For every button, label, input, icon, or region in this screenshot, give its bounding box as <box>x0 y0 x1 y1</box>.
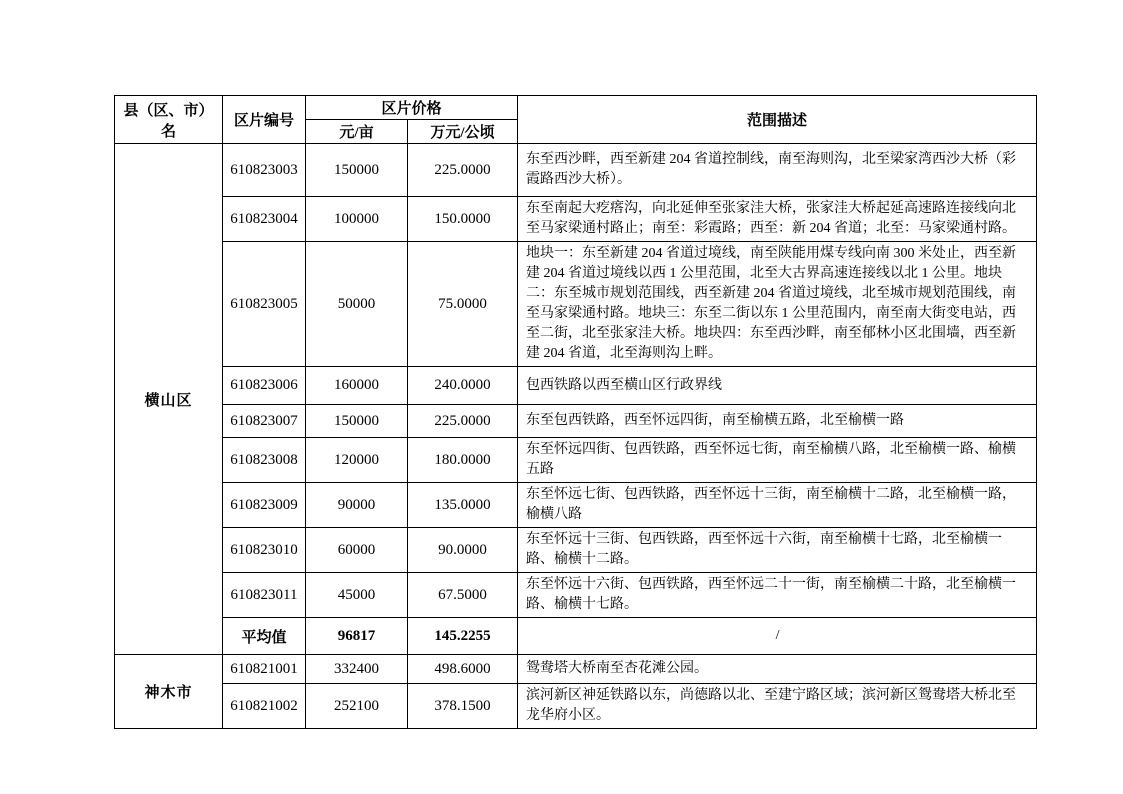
land-price-table: 县（区、市）名 区片编号 区片价格 范围描述 元/亩 万元/公顷 横山区 610… <box>114 95 1037 729</box>
price-ha-cell: 67.5000 <box>408 573 518 618</box>
zone-code-cell: 610823009 <box>223 483 306 528</box>
zone-code-cell: 610823011 <box>223 573 306 618</box>
price-ha-cell: 75.0000 <box>408 242 518 367</box>
price-mu-cell: 120000 <box>306 438 408 483</box>
average-label-cell: 平均值 <box>223 618 306 655</box>
zone-code-cell: 610821002 <box>223 684 306 729</box>
price-ha-cell: 135.0000 <box>408 483 518 528</box>
table-row: 610821002 252100 378.1500 滨河新区神延铁路以东，尚德路… <box>115 684 1037 729</box>
price-ha-cell: 225.0000 <box>408 405 518 438</box>
header-yuan-per-mu: 元/亩 <box>306 120 408 144</box>
zone-code-cell: 610823005 <box>223 242 306 367</box>
header-range-desc: 范围描述 <box>518 96 1037 144</box>
header-county: 县（区、市）名 <box>115 96 223 144</box>
zone-code-cell: 610823007 <box>223 405 306 438</box>
range-desc-cell: 滨河新区神延铁路以东，尚德路以北、至建宁路区域；滨河新区鸳鸯塔大桥北至龙华府小区… <box>518 684 1037 729</box>
table-row: 610823007 150000 225.0000 东至包西铁路，西至怀远四街，… <box>115 405 1037 438</box>
range-desc-cell: 东至怀远十三街、包西铁路，西至怀远十六街，南至榆横十七路，北至榆横一路、榆横十二… <box>518 528 1037 573</box>
price-ha-cell: 150.0000 <box>408 197 518 242</box>
range-desc-cell: 东至西沙畔，西至新建 204 省道控制线，南至海则沟，北至梁家湾西沙大桥（彩霞路… <box>518 144 1037 197</box>
price-mu-cell: 150000 <box>306 405 408 438</box>
price-mu-cell: 160000 <box>306 367 408 405</box>
county-cell: 横山区 <box>115 144 223 655</box>
zone-code-cell: 610821001 <box>223 655 306 684</box>
price-ha-cell: 145.2255 <box>408 618 518 655</box>
price-ha-cell: 225.0000 <box>408 144 518 197</box>
range-desc-cell: 鸳鸯塔大桥南至杏花滩公园。 <box>518 655 1037 684</box>
zone-code-cell: 610823010 <box>223 528 306 573</box>
range-desc-cell: 东至南起大疙瘩沟，向北延伸至张家洼大桥，张家洼大桥起延高速路连接线向北至马家梁通… <box>518 197 1037 242</box>
range-desc-cell: 东至怀远十六街、包西铁路，西至怀远二十一街，南至榆横二十路，北至榆横一路、榆横十… <box>518 573 1037 618</box>
price-mu-cell: 100000 <box>306 197 408 242</box>
price-mu-cell: 332400 <box>306 655 408 684</box>
range-desc-cell: 东至怀远四街、包西铁路，西至怀远七街，南至榆横八路，北至榆横一路、榆横五路 <box>518 438 1037 483</box>
price-mu-cell: 90000 <box>306 483 408 528</box>
range-desc-cell: / <box>518 618 1037 655</box>
price-ha-cell: 378.1500 <box>408 684 518 729</box>
zone-code-cell: 610823003 <box>223 144 306 197</box>
range-desc-cell: 地块一：东至新建 204 省道过境线，南至陕能用煤专线向南 300 米处止，西至… <box>518 242 1037 367</box>
header-zone-price: 区片价格 <box>306 96 518 120</box>
table-row: 神木市 610821001 332400 498.6000 鸳鸯塔大桥南至杏花滩… <box>115 655 1037 684</box>
table-row: 横山区 610823003 150000 225.0000 东至西沙畔，西至新建… <box>115 144 1037 197</box>
table-row: 610823006 160000 240.0000 包西铁路以西至横山区行政界线 <box>115 367 1037 405</box>
price-ha-cell: 90.0000 <box>408 528 518 573</box>
header-zone-code: 区片编号 <box>223 96 306 144</box>
county-cell: 神木市 <box>115 655 223 729</box>
price-mu-cell: 150000 <box>306 144 408 197</box>
zone-code-cell: 610823008 <box>223 438 306 483</box>
table-row: 610823009 90000 135.0000 东至怀远七街、包西铁路，西至怀… <box>115 483 1037 528</box>
table-row: 610823004 100000 150.0000 东至南起大疙瘩沟，向北延伸至… <box>115 197 1037 242</box>
price-ha-cell: 240.0000 <box>408 367 518 405</box>
document-page: 县（区、市）名 区片编号 区片价格 范围描述 元/亩 万元/公顷 横山区 610… <box>0 0 1123 794</box>
price-ha-cell: 498.6000 <box>408 655 518 684</box>
range-desc-cell: 包西铁路以西至横山区行政界线 <box>518 367 1037 405</box>
table-row: 610823005 50000 75.0000 地块一：东至新建 204 省道过… <box>115 242 1037 367</box>
average-row: 平均值 96817 145.2255 / <box>115 618 1037 655</box>
table-row: 610823008 120000 180.0000 东至怀远四街、包西铁路，西至… <box>115 438 1037 483</box>
price-mu-cell: 45000 <box>306 573 408 618</box>
price-ha-cell: 180.0000 <box>408 438 518 483</box>
zone-code-cell: 610823004 <box>223 197 306 242</box>
zone-code-cell: 610823006 <box>223 367 306 405</box>
range-desc-cell: 东至怀远七街、包西铁路，西至怀远十三街，南至榆横十二路，北至榆横一路，榆横八路 <box>518 483 1037 528</box>
price-mu-cell: 252100 <box>306 684 408 729</box>
header-wanyuan-per-hectare: 万元/公顷 <box>408 120 518 144</box>
table-row: 610823011 45000 67.5000 东至怀远十六街、包西铁路，西至怀… <box>115 573 1037 618</box>
table-row: 610823010 60000 90.0000 东至怀远十三街、包西铁路，西至怀… <box>115 528 1037 573</box>
price-mu-cell: 50000 <box>306 242 408 367</box>
range-desc-cell: 东至包西铁路，西至怀远四街，南至榆横五路，北至榆横一路 <box>518 405 1037 438</box>
price-mu-cell: 60000 <box>306 528 408 573</box>
price-mu-cell: 96817 <box>306 618 408 655</box>
